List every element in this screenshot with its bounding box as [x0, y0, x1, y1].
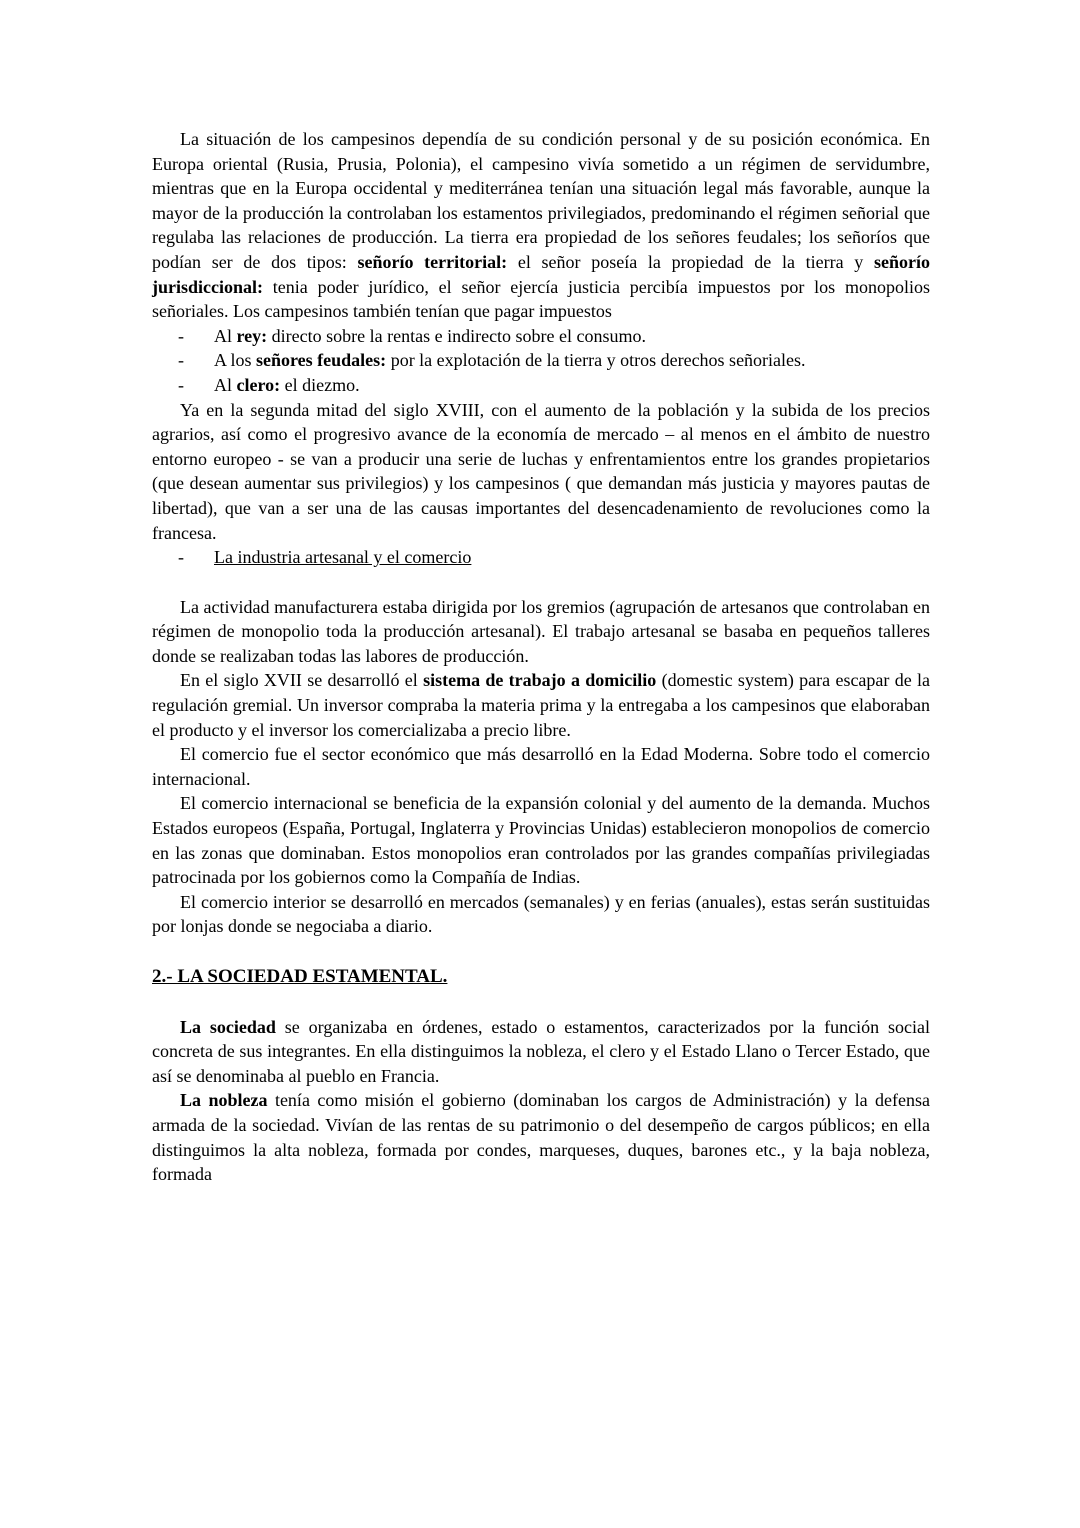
para-comercio-internacional: El comercio internacional se beneficia d… — [152, 791, 930, 889]
text-run: El comercio interior se desarrolló en me… — [152, 892, 930, 937]
text-run: tenia poder jurídico, el señor ejercía j… — [152, 277, 930, 322]
text-run: El comercio internacional se beneficia d… — [152, 793, 930, 887]
text-run: La industria artesanal y el comercio — [214, 547, 471, 567]
document-text-content: La situación de los campesinos dependía … — [152, 127, 930, 1187]
list-item-impuesto-clero: -Al clero: el diezmo. — [152, 373, 930, 398]
text-run: Ya en la segunda mitad del siglo XVIII, … — [152, 400, 930, 543]
text-run: En el siglo XVII se desarrolló el — [180, 670, 423, 690]
text-run: por la explotación de la tierra y otros … — [386, 350, 805, 370]
text-run: rey: — [237, 326, 268, 346]
text-run: directo sobre la rentas e indirecto sobr… — [267, 326, 646, 346]
list-dash-marker: - — [178, 326, 184, 346]
text-run: La actividad manufacturera estaba dirigi… — [152, 597, 930, 666]
list-item-impuesto-rey: -Al rey: directo sobre la rentas e indir… — [152, 324, 930, 349]
para-trabajo-a-domicilio: En el siglo XVII se desarrolló el sistem… — [152, 668, 930, 742]
list-item-impuesto-senores: -A los señores feudales: por la explotac… — [152, 348, 930, 373]
text-run: La situación de los campesinos dependía … — [152, 129, 930, 272]
blank-line — [152, 570, 930, 595]
text-run: Al — [214, 326, 237, 346]
text-run: La nobleza — [180, 1090, 267, 1110]
text-run: Al — [214, 375, 237, 395]
para-la-nobleza: La nobleza tenía como misión el gobierno… — [152, 1088, 930, 1186]
text-run: el señor poseía la propiedad de la tierr… — [507, 252, 874, 272]
list-dash-marker: - — [178, 547, 184, 567]
text-run: señorío territorial: — [357, 252, 507, 272]
text-run: sistema de trabajo a domicilio — [423, 670, 656, 690]
text-run: 2.- LA SOCIEDAD ESTAMENTAL. — [152, 966, 447, 987]
heading-sociedad-estamental: 2.- LA SOCIEDAD ESTAMENTAL. — [152, 965, 930, 990]
para-comercio-interior: El comercio interior se desarrolló en me… — [152, 890, 930, 939]
text-run: El comercio fue el sector económico que … — [152, 744, 930, 789]
document-page: La situación de los campesinos dependía … — [0, 0, 1080, 1528]
text-run: La sociedad — [180, 1017, 276, 1037]
text-run: señores feudales: — [256, 350, 386, 370]
list-item-industria-artesanal-titulo: -La industria artesanal y el comercio — [152, 545, 930, 570]
para-situacion-campesinos: La situación de los campesinos dependía … — [152, 127, 930, 324]
text-run: el diezmo. — [280, 375, 359, 395]
list-dash-marker: - — [178, 375, 184, 395]
para-siglo-xviii-luchas: Ya en la segunda mitad del siglo XVIII, … — [152, 398, 930, 546]
text-run: tenía como misión el gobierno (dominaban… — [152, 1090, 930, 1184]
para-actividad-manufacturera: La actividad manufacturera estaba dirigi… — [152, 595, 930, 669]
text-run: A los — [214, 350, 256, 370]
list-dash-marker: - — [178, 350, 184, 370]
text-run: clero: — [237, 375, 281, 395]
para-la-sociedad: La sociedad se organizaba en órdenes, es… — [152, 1015, 930, 1089]
para-comercio-edad-moderna: El comercio fue el sector económico que … — [152, 742, 930, 791]
